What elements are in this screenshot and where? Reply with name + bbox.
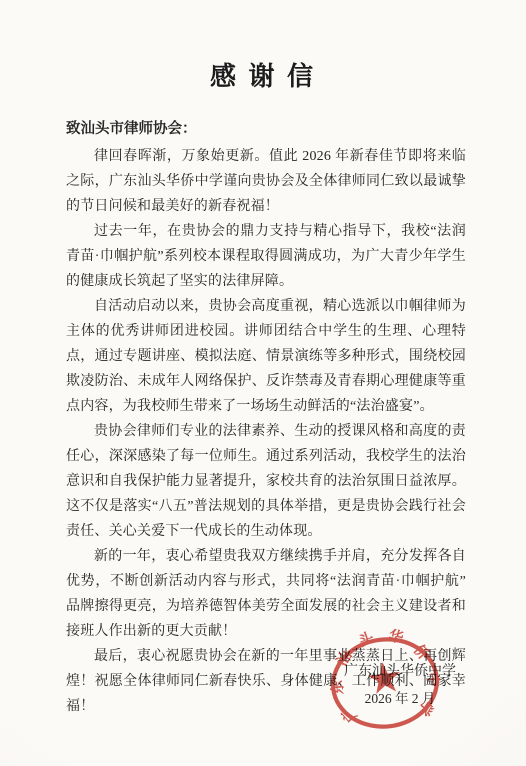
salutation: 致汕头市律师协会： <box>66 117 466 142</box>
letter-content: 致汕头市律师协会： 律回春晖渐，万象始更新。值此 2026 年新春佳节即将来临之… <box>0 93 526 719</box>
letter-photo: 感 谢 信 致汕头市律师协会： 律回春晖渐，万象始更新。值此 2026 年新春佳… <box>0 0 526 766</box>
paragraph-outlook: 新的一年，衷心希望贵我双方继续携手并肩，充分发挥各自优势，不断创新活动内容与形式… <box>66 544 466 644</box>
paragraph-activities: 自活动启动以来，贵协会高度重视，精心选派以巾帼律师为主体的优秀讲师团进校园。讲师… <box>66 294 466 419</box>
signature-block: 广东汕头华侨中学 2026 年 2 月 <box>344 662 456 709</box>
paragraph-greeting: 律回春晖渐，万象始更新。值此 2026 年新春佳节即将来临之际，广东汕头华侨中学… <box>66 144 466 219</box>
paragraph-impact: 贵协会律师们专业的法律素养、生动的授课风格和高度的责任心，深深感染了每一位师生。… <box>66 419 466 544</box>
signature-organization: 广东汕头华侨中学 <box>344 662 456 682</box>
letter-title: 感 谢 信 <box>0 0 526 93</box>
paragraph-review: 过去一年，在贵协会的鼎力支持与精心指导下，我校“法润青苗·巾帼护航”系列校本课程… <box>66 219 466 294</box>
letter-body: 律回春晖渐，万象始更新。值此 2026 年新春佳节即将来临之际，广东汕头华侨中学… <box>66 144 466 719</box>
signature-date: 2026 年 2 月 <box>344 689 456 709</box>
